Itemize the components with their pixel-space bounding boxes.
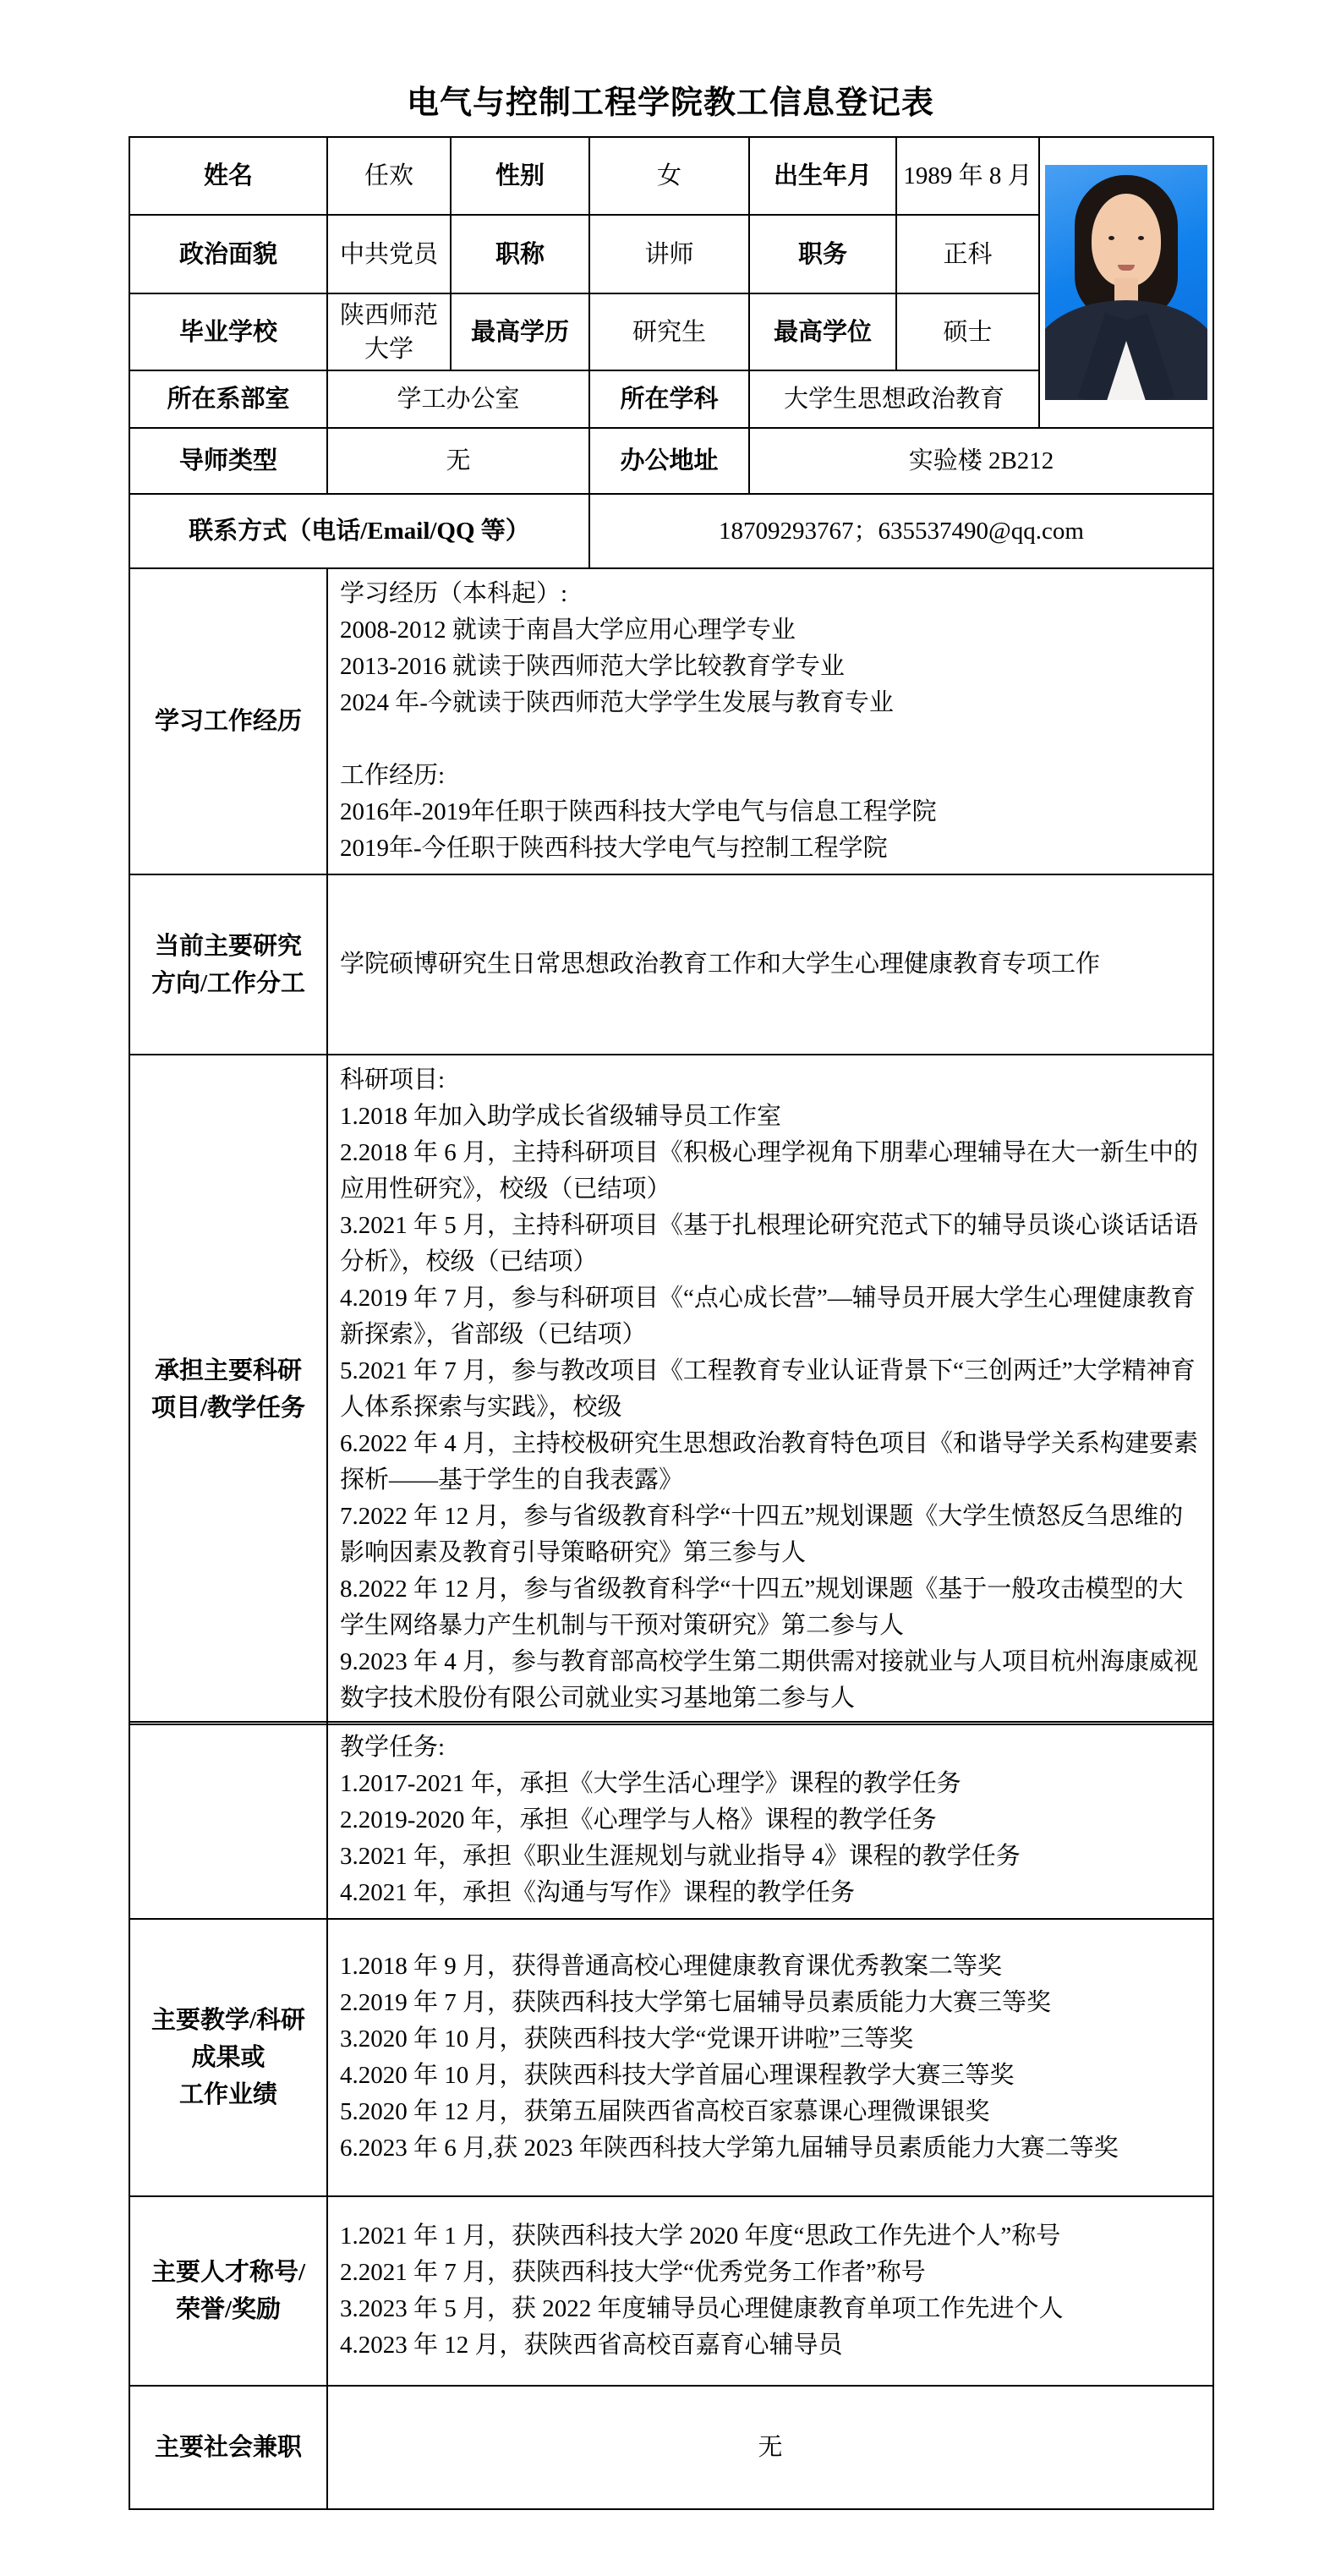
research-projects-content: 科研项目:1.2018 年加入助学成长省级辅导员工作室2.2018 年 6 月，…	[327, 1055, 1213, 1724]
text-line: 2.2019 年 7 月，获陕西科技大学第七届辅导员素质能力大赛三等奖	[340, 1985, 1201, 2021]
text-line: 2008-2012 就读于南昌大学应用心理学专业	[340, 612, 1201, 649]
text-line: 2.2018 年 6 月，主持科研项目《积极心理学视角下朋辈心理辅导在大一新生中…	[340, 1135, 1201, 1208]
text-line: 项目/教学任务	[135, 1389, 321, 1427]
text-line: 科研项目:	[340, 1062, 1201, 1099]
highest-education-label: 最高学历	[451, 293, 589, 370]
text-line: 3.2021 年，承担《职业生涯规划与就业指导 4》课程的教学任务	[340, 1839, 1201, 1875]
text-line: 学院硕博研究生日常思想政治教育工作和大学生心理健康教育专项工作	[340, 946, 1201, 983]
contact-value: 18709293767；635537490@qq.com	[589, 494, 1213, 568]
graduate-school-label: 毕业学校	[129, 293, 327, 370]
birthdate-label: 出生年月	[749, 137, 896, 215]
text-line: 荣誉/奖励	[135, 2291, 321, 2328]
political-status-value: 中共党员	[327, 215, 451, 293]
social-positions-value: 无	[327, 2386, 1213, 2509]
photo-cell	[1039, 137, 1213, 428]
text-line: 4.2020 年 10 月，获陕西科技大学首届心理课程教学大赛三等奖	[340, 2058, 1201, 2094]
office-address-value: 实验楼 2B212	[749, 428, 1213, 494]
research-focus-label: 当前主要研究方向/工作分工	[129, 874, 327, 1055]
registration-form-page: 电气与控制工程学院教工信息登记表 姓名 任欢 性别 女 出生年月 1989 年 …	[0, 0, 1341, 2576]
text-line: 承担主要科研	[135, 1352, 321, 1389]
text-line: 1.2018 年加入助学成长省级辅导员工作室	[340, 1099, 1201, 1135]
text-line	[340, 721, 1201, 758]
gender-label: 性别	[451, 137, 589, 215]
text-line: 2.2019-2020 年，承担《心理学与人格》课程的教学任务	[340, 1802, 1201, 1839]
text-line: 6.2022 年 4 月，主持校极研究生思想政治教育特色项目《和谐导学关系构建要…	[340, 1426, 1201, 1499]
text-line: 3.2023 年 5 月，获 2022 年度辅导员心理健康教育单项工作先进个人	[340, 2291, 1201, 2327]
text-line: 4.2021 年，承担《沟通与写作》课程的教学任务	[340, 1875, 1201, 1911]
text-line: 6.2023 年 6 月,获 2023 年陕西科技大学第九届辅导员素质能力大赛二…	[340, 2130, 1201, 2167]
text-line: 5.2021 年 7 月，参与教改项目《工程教育专业认证背景下“三创两迁”大学精…	[340, 1353, 1201, 1426]
text-line: 主要教学/科研	[135, 2002, 321, 2039]
text-line: 工作经历:	[340, 758, 1201, 794]
table-row: 教学任务:1.2017-2021 年，承担《大学生活心理学》课程的教学任务2.2…	[129, 1722, 1213, 1919]
continuation-table: 教学任务:1.2017-2021 年，承担《大学生活心理学》课程的教学任务2.2…	[129, 1721, 1214, 2510]
discipline-value: 大学生思想政治教育	[749, 370, 1039, 428]
political-status-label: 政治面貌	[129, 215, 327, 293]
achievements-content: 1.2018 年 9 月，获得普通高校心理健康教育课优秀教案二等奖2.2019 …	[327, 1919, 1213, 2196]
eye-shape	[1108, 236, 1114, 240]
honors-label: 主要人才称号/荣誉/奖励	[129, 2196, 327, 2386]
table-row: 主要教学/科研成果或工作业绩 1.2018 年 9 月，获得普通高校心理健康教育…	[129, 1919, 1213, 2196]
text-line: 4.2023 年 12 月，获陕西省高校百嘉育心辅导员	[340, 2327, 1201, 2364]
text-line: 1.2017-2021 年，承担《大学生活心理学》课程的教学任务	[340, 1766, 1201, 1802]
text-line: 当前主要研究	[135, 928, 321, 965]
text-line: 教学任务:	[340, 1729, 1201, 1766]
text-line: 2019年-今任职于陕西科技大学电气与控制工程学院	[340, 830, 1201, 867]
gender-value: 女	[589, 137, 749, 215]
page-title: 电气与控制工程学院教工信息登记表	[0, 76, 1341, 123]
text-line: 2024 年-今就读于陕西师范大学学生发展与教育专业	[340, 685, 1201, 721]
department-label: 所在系部室	[129, 370, 327, 428]
name-value: 任欢	[327, 137, 451, 215]
text-line: 主要人才称号/	[135, 2254, 321, 2291]
birthdate-value: 1989 年 8 月	[896, 137, 1039, 215]
text-line: 1.2021 年 1 月，获陕西科技大学 2020 年度“思政工作先进个人”称号	[340, 2218, 1201, 2255]
empty-label-cell	[129, 1722, 327, 1919]
id-photo	[1045, 165, 1207, 400]
text-line: 2016年-2019年任职于陕西科技大学电气与信息工程学院	[340, 794, 1201, 830]
study-work-history-content: 学习经历（本科起）:2008-2012 就读于南昌大学应用心理学专业2013-2…	[327, 568, 1213, 874]
table-row: 当前主要研究方向/工作分工 学院硕博研究生日常思想政治教育工作和大学生心理健康教…	[129, 874, 1213, 1055]
text-line: 8.2022 年 12 月，参与省级教育科学“十四五”规划课题《基于一般攻击模型…	[340, 1571, 1201, 1644]
honors-content: 1.2021 年 1 月，获陕西科技大学 2020 年度“思政工作先进个人”称号…	[327, 2196, 1213, 2386]
text-line: 5.2020 年 12 月，获第五届陕西省高校百家慕课心理微课银奖	[340, 2094, 1201, 2130]
text-line: 3.2020 年 10 月，获陕西科技大学“党课开讲啦”三等奖	[340, 2021, 1201, 2058]
research-projects-label: 承担主要科研项目/教学任务	[129, 1055, 327, 1724]
mentor-type-label: 导师类型	[129, 428, 327, 494]
text-line: 工作业绩	[135, 2076, 321, 2113]
name-label: 姓名	[129, 137, 327, 215]
text-line: 1.2018 年 9 月，获得普通高校心理健康教育课优秀教案二等奖	[340, 1948, 1201, 1985]
table-row: 主要人才称号/荣誉/奖励 1.2021 年 1 月，获陕西科技大学 2020 年…	[129, 2196, 1213, 2386]
table-row: 导师类型 无 办公地址 实验楼 2B212	[129, 428, 1213, 494]
highest-degree-value: 硕士	[896, 293, 1039, 370]
mentor-type-value: 无	[327, 428, 589, 494]
office-address-label: 办公地址	[589, 428, 749, 494]
contact-label: 联系方式（电话/Email/QQ 等）	[129, 494, 589, 568]
table-row: 姓名 任欢 性别 女 出生年月 1989 年 8 月	[129, 137, 1213, 215]
social-positions-label: 主要社会兼职	[129, 2386, 327, 2509]
eye-shape	[1138, 236, 1144, 240]
text-line: 4.2019 年 7 月，参与科研项目《“点心成长营”—辅导员开展大学生心理健康…	[340, 1280, 1201, 1353]
title-label: 职称	[451, 215, 589, 293]
text-line: 7.2022 年 12 月，参与省级教育科学“十四五”规划课题《大学生愤怒反刍思…	[340, 1499, 1201, 1571]
info-table: 姓名 任欢 性别 女 出生年月 1989 年 8 月	[129, 136, 1214, 1725]
highest-education-value: 研究生	[589, 293, 749, 370]
table-row: 主要社会兼职 无	[129, 2386, 1213, 2509]
title-value: 讲师	[589, 215, 749, 293]
highest-degree-label: 最高学位	[749, 293, 896, 370]
duty-value: 正科	[896, 215, 1039, 293]
text-line: 3.2021 年 5 月，主持科研项目《基于扎根理论研究范式下的辅导员谈心谈话话…	[340, 1208, 1201, 1280]
face-shape	[1092, 194, 1161, 287]
teaching-tasks-content: 教学任务:1.2017-2021 年，承担《大学生活心理学》课程的教学任务2.2…	[327, 1722, 1213, 1919]
achievements-label: 主要教学/科研成果或工作业绩	[129, 1919, 327, 2196]
department-value: 学工办公室	[327, 370, 589, 428]
text-line: 9.2023 年 4 月，参与教育部高校学生第二期供需对接就业与人项目杭州海康威…	[340, 1644, 1201, 1717]
table-row: 联系方式（电话/Email/QQ 等） 18709293767；63553749…	[129, 494, 1213, 568]
text-line: 方向/工作分工	[135, 965, 321, 1002]
graduate-school-value: 陕西师范大学	[327, 293, 451, 370]
study-work-history-label: 学习工作经历	[129, 568, 327, 874]
table-row: 学习工作经历 学习经历（本科起）:2008-2012 就读于南昌大学应用心理学专…	[129, 568, 1213, 874]
text-line: 2013-2016 就读于陕西师范大学比较教育学专业	[340, 649, 1201, 685]
research-focus-content: 学院硕博研究生日常思想政治教育工作和大学生心理健康教育专项工作	[327, 874, 1213, 1055]
text-line: 2.2021 年 7 月，获陕西科技大学“优秀党务工作者”称号	[340, 2255, 1201, 2291]
table-row: 承担主要科研项目/教学任务 科研项目:1.2018 年加入助学成长省级辅导员工作…	[129, 1055, 1213, 1724]
discipline-label: 所在学科	[589, 370, 749, 428]
text-line: 学习经历（本科起）:	[340, 576, 1201, 612]
duty-label: 职务	[749, 215, 896, 293]
text-line: 成果或	[135, 2039, 321, 2076]
